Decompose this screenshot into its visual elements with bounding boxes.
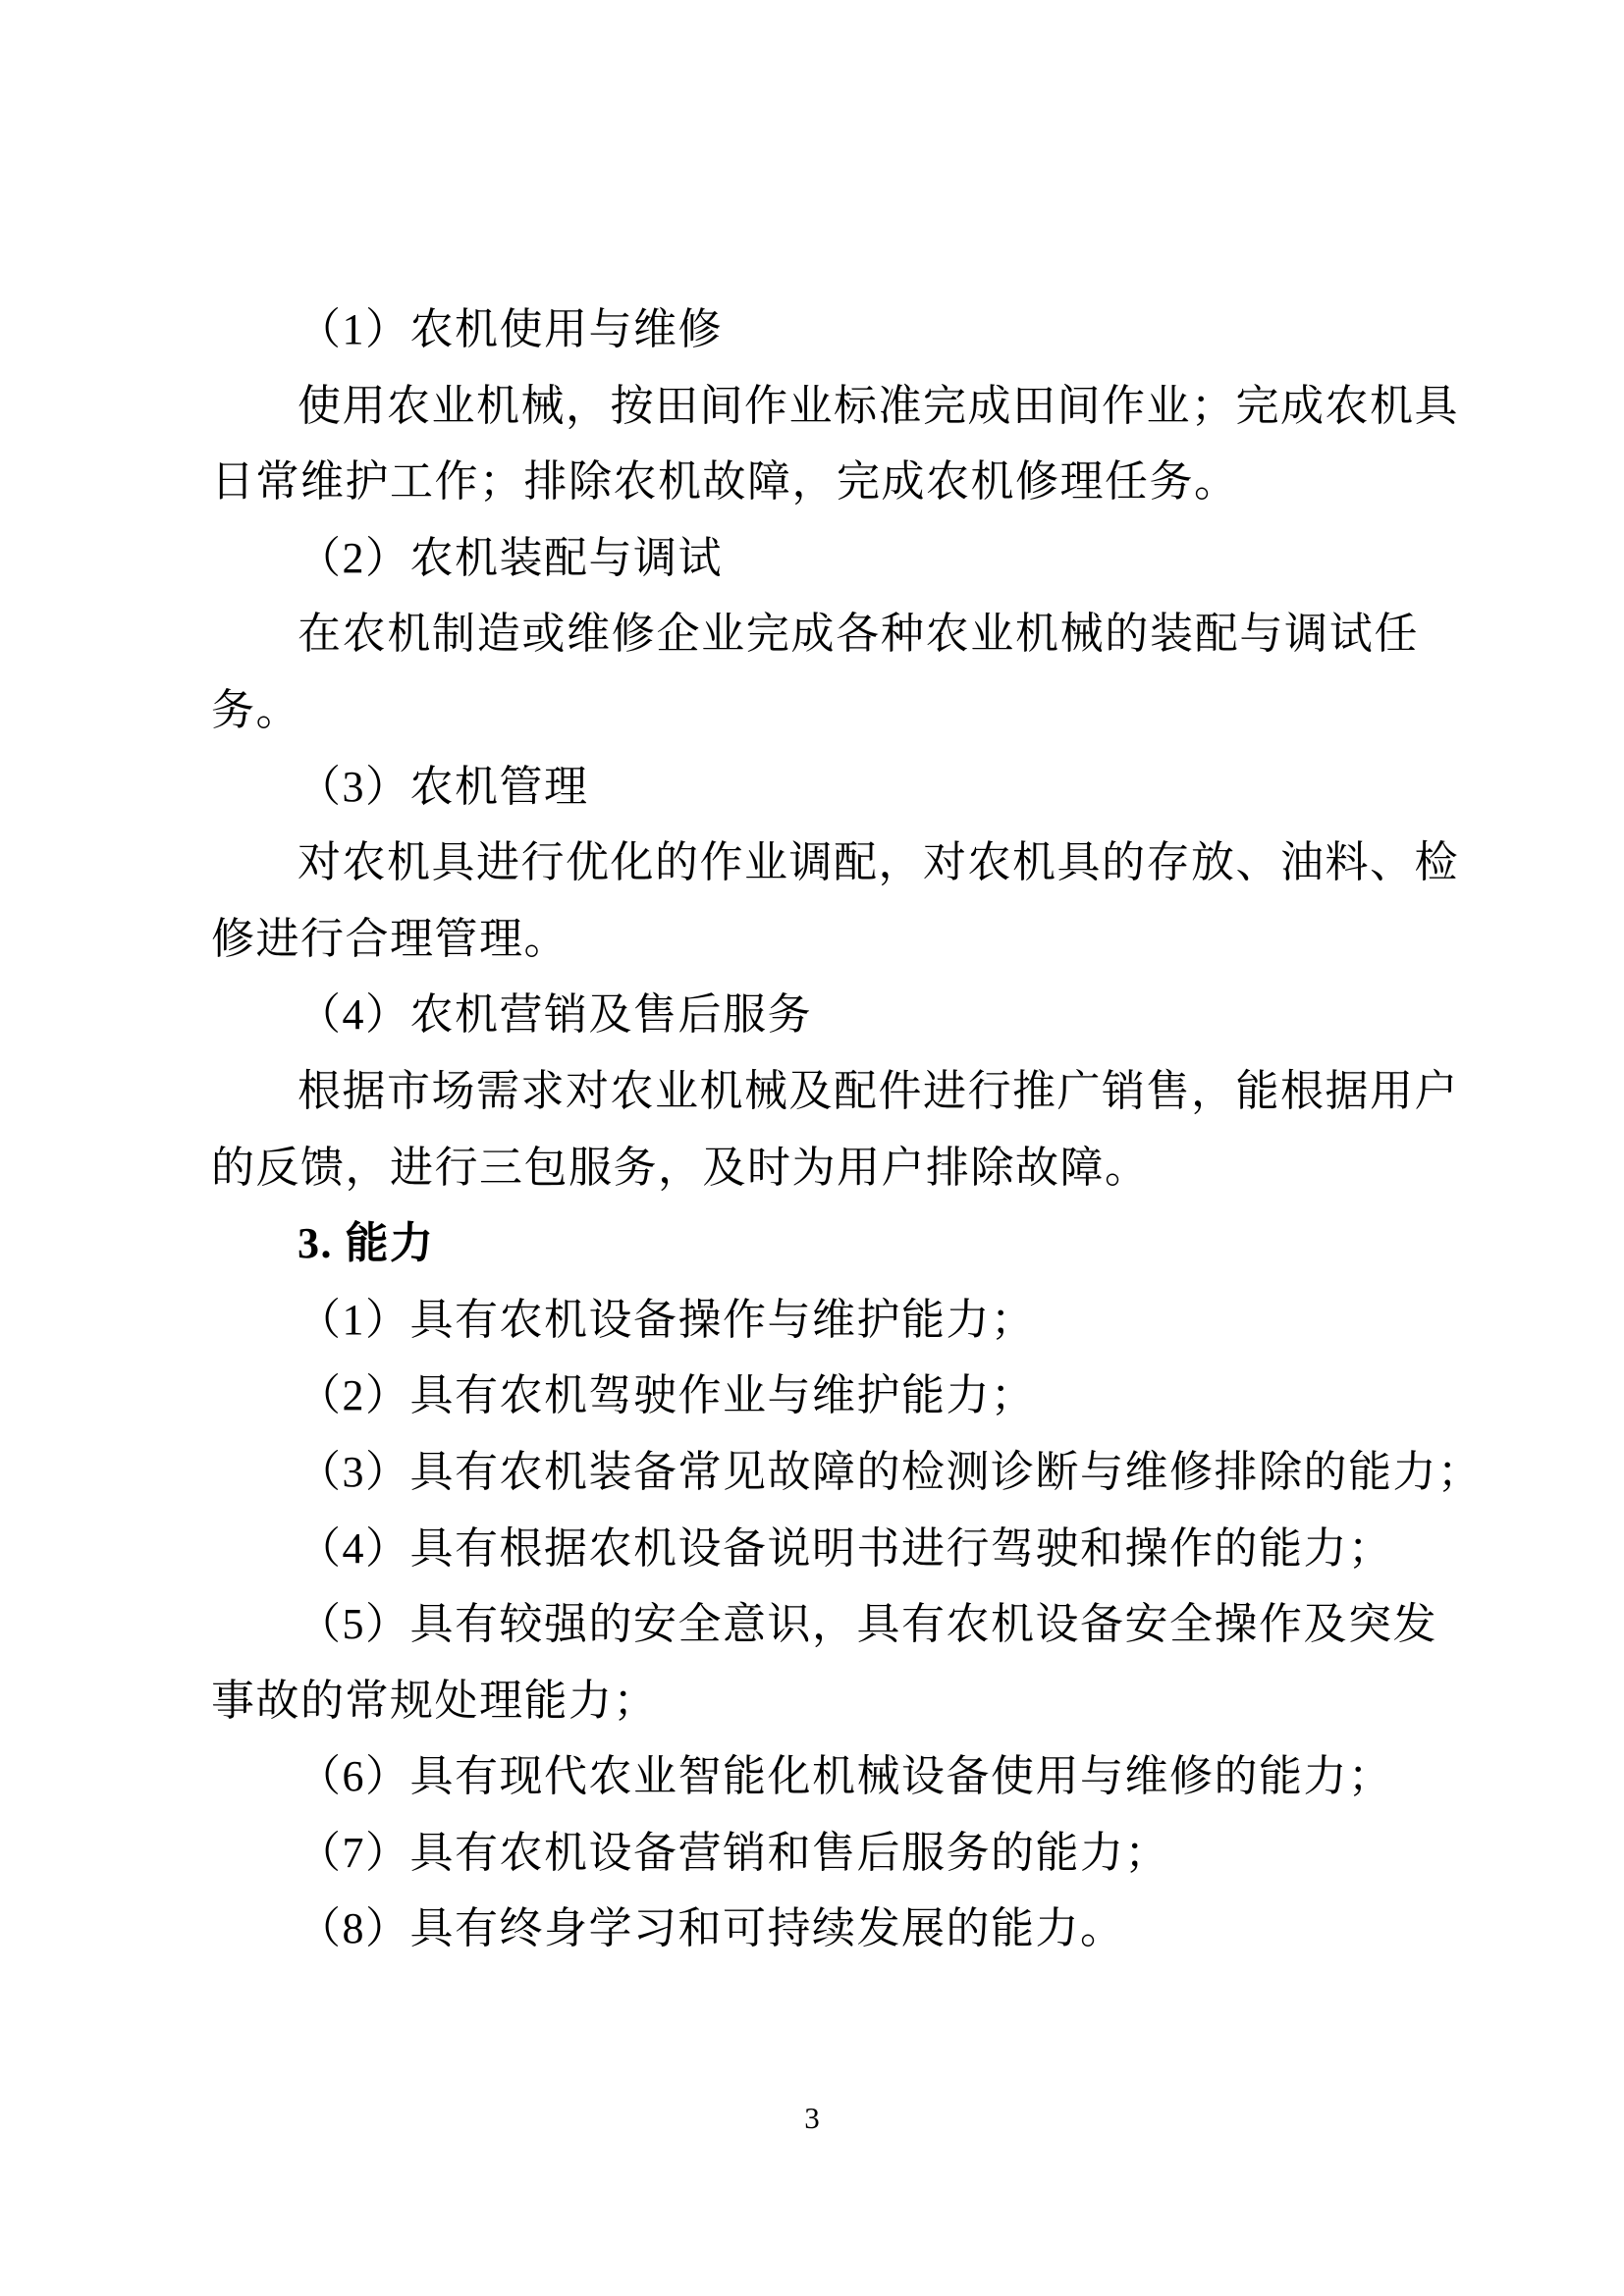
- text-line: 日常维护工作；排除农机故障，完成农机修理任务。: [211, 444, 1419, 520]
- text-line: 事故的常规处理能力；: [211, 1663, 1419, 1739]
- text-line: 修进行合理管理。: [211, 901, 1419, 978]
- text-line: （6）具有现代农业智能化机械设备使用与维修的能力；: [211, 1738, 1419, 1815]
- text-line: （2）农机装配与调试: [211, 520, 1419, 597]
- text-line: 的反馈，进行三包服务，及时为用户排除故障。: [211, 1130, 1419, 1206]
- text-line: （8）具有终身学习和可持续发展的能力。: [211, 1891, 1419, 1967]
- section-heading-line: 3. 能力: [211, 1205, 1419, 1282]
- text-line: （3）具有农机装备常见故障的检测诊断与维修排除的能力；: [211, 1434, 1419, 1511]
- text-line: （2）具有农机驾驶作业与维护能力；: [211, 1358, 1419, 1434]
- document-body: （1）农机使用与维修使用农业机械，按田间作业标准完成田间作业；完成农机具日常维护…: [211, 292, 1419, 1967]
- text-line: （5）具有较强的安全意识，具有农机设备安全操作及突发: [211, 1586, 1419, 1663]
- text-line: （4）具有根据农机设备说明书进行驾驶和操作的能力；: [211, 1511, 1419, 1587]
- page-number: 3: [0, 2099, 1624, 2138]
- text-line: （7）具有农机设备营销和售后服务的能力；: [211, 1815, 1419, 1892]
- document-page: （1）农机使用与维修使用农业机械，按田间作业标准完成田间作业；完成农机具日常维护…: [0, 0, 1624, 2296]
- text-line: 根据市场需求对农业机械及配件进行推广销售，能根据用户: [211, 1053, 1419, 1130]
- text-line: 务。: [211, 672, 1419, 749]
- text-line: 对农机具进行优化的作业调配，对农机具的存放、油料、检: [211, 825, 1419, 901]
- text-line: 在农机制造或维修企业完成各种农业机械的装配与调试任: [211, 596, 1419, 672]
- text-line: （1）具有农机设备操作与维护能力；: [211, 1282, 1419, 1359]
- text-line: （1）农机使用与维修: [211, 292, 1419, 368]
- text-line: （3）农机管理: [211, 749, 1419, 826]
- text-line: （4）农机营销及售后服务: [211, 977, 1419, 1053]
- text-line: 使用农业机械，按田间作业标准完成田间作业；完成农机具: [211, 368, 1419, 445]
